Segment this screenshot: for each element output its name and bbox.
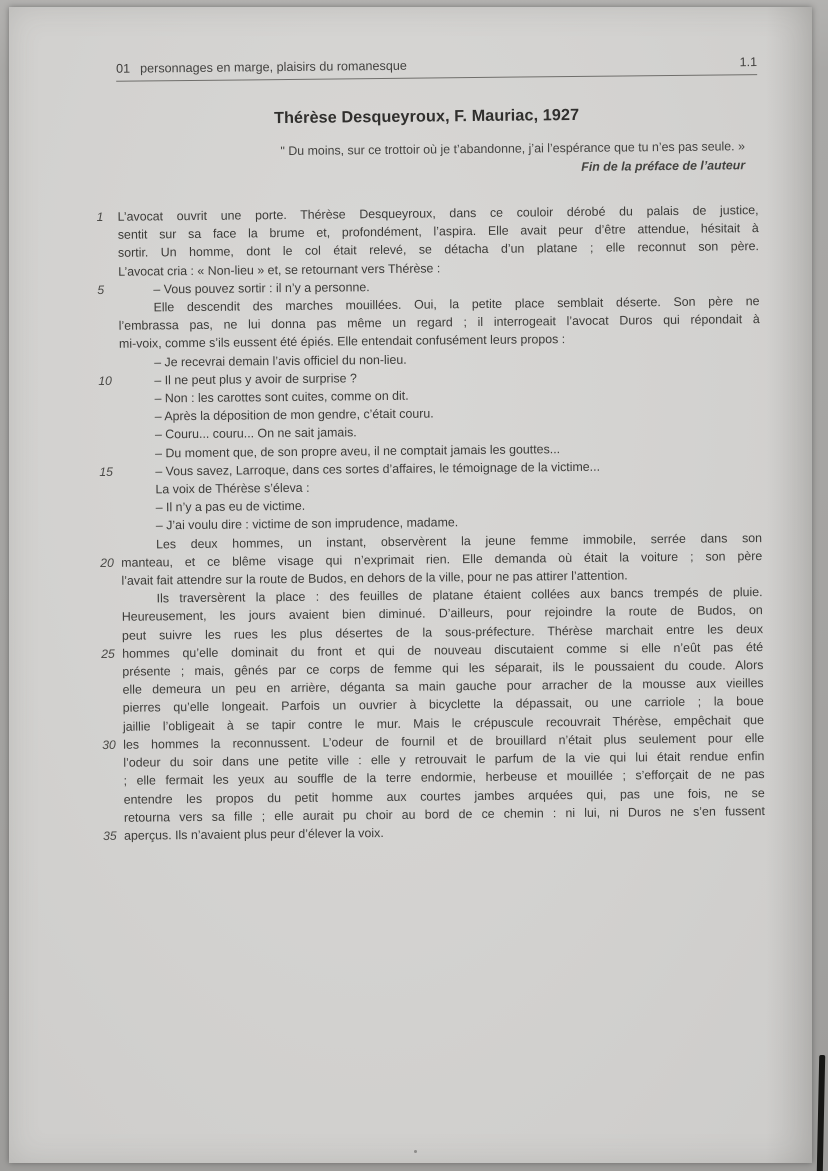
line-number [101,590,122,608]
line-number [102,699,123,717]
line-number [101,608,122,626]
line-number [102,754,123,772]
line-number [99,408,120,426]
paper-edge-shadow [766,7,812,1163]
document-title: Thérèse Desqueyroux, F. Mauriac, 1927 [96,104,758,130]
line-number: 1 [97,208,118,226]
line-number [102,772,123,790]
line-number [100,499,121,517]
header-page-ref: 1.1 [739,55,757,69]
text-body: 1 L’avocat ouvrit une porte. Thérèse Des… [97,201,766,845]
line-number [97,262,118,280]
line-number: 5 [97,281,118,299]
page-content: 01 personnages en marge, plaisirs du rom… [95,55,765,845]
header-left: 01 personnages en marge, plaisirs du rom… [116,59,407,76]
line-number: 25 [101,645,122,663]
line-number [98,353,119,371]
line-number: 35 [103,827,124,845]
scanned-page-photo: 01 personnages en marge, plaisirs du rom… [0,0,828,1171]
line-number [97,226,118,244]
line-number [98,317,119,335]
line-number [100,517,121,535]
header-chapter-number: 01 [116,62,130,76]
line-number [101,681,122,699]
line-number [99,481,120,499]
line-number [101,626,122,644]
line-number [102,717,123,735]
line-number [98,390,119,408]
line-number [99,444,120,462]
header-chapter-title: personnages en marge, plaisirs du romane… [140,59,407,76]
epigraph: " Du moins, sur ce trottoir où je t’aban… [96,137,745,181]
line-number: 20 [100,554,121,572]
photo-edge-artifact [817,1055,825,1171]
line-number [100,572,121,590]
line-number [98,335,119,353]
line-number: 15 [99,463,120,481]
line-number [101,663,122,681]
line-number [97,299,118,317]
line-number: 10 [98,372,119,390]
line-number [97,244,118,262]
line-number [103,790,124,808]
page-header: 01 personnages en marge, plaisirs du rom… [116,55,757,82]
line-number: 30 [102,736,123,754]
line-number [103,808,124,826]
line-number [100,535,121,553]
paper-speck [414,1150,417,1153]
document-page: 01 personnages en marge, plaisirs du rom… [9,7,812,1163]
line-number [99,426,120,444]
